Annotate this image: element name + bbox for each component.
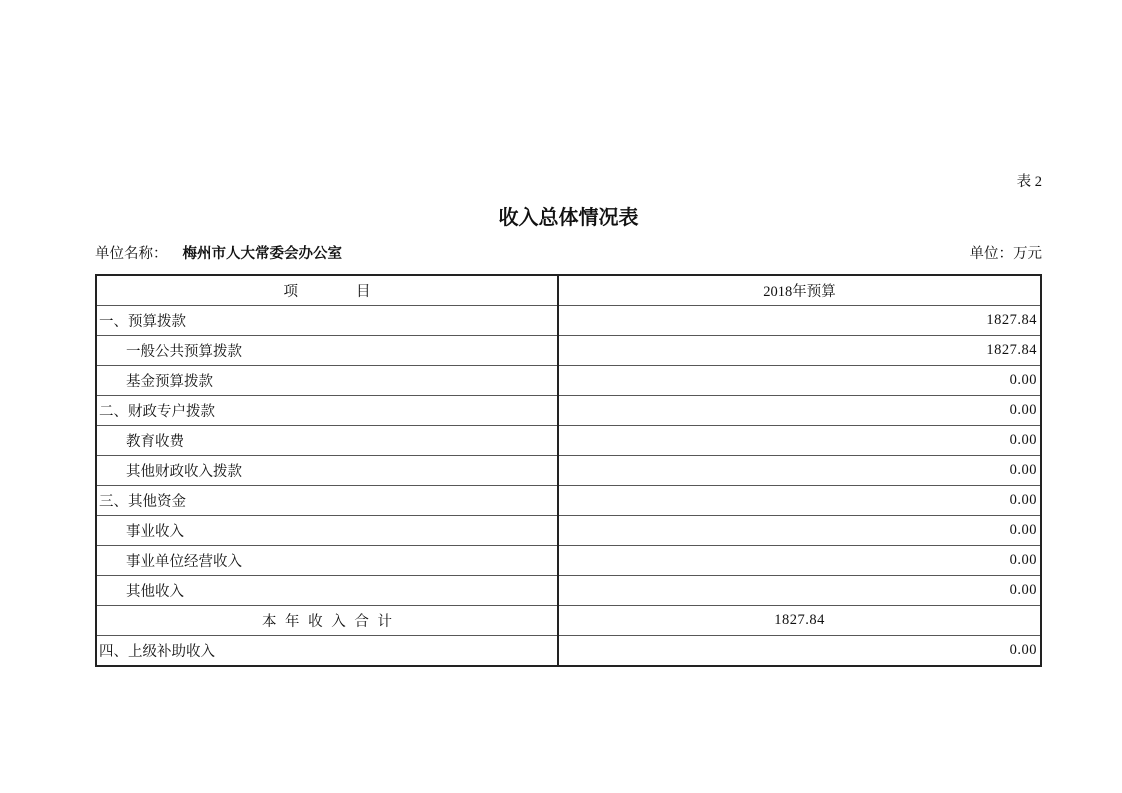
row-item: 三、其他资金 (96, 486, 558, 516)
row-item: 本 年 收 入 合 计 (96, 606, 558, 636)
table-row: 事业收入 0.00 (96, 516, 1041, 546)
row-value: 1827.84 (558, 606, 1041, 636)
row-item: 一、预算拨款 (96, 306, 558, 336)
row-value: 0.00 (558, 396, 1041, 426)
unit-name-value: 梅州市人大常委会办公室 (183, 246, 343, 262)
table-number-label: 表 2 (95, 172, 1042, 192)
table-body: 一、预算拨款 1827.84 一般公共预算拨款 1827.84 基金预算拨款 0… (96, 306, 1041, 667)
table-row: 基金预算拨款 0.00 (96, 366, 1041, 396)
row-value: 0.00 (558, 426, 1041, 456)
table-row: 三、其他资金 0.00 (96, 486, 1041, 516)
table-row: 一、预算拨款 1827.84 (96, 306, 1041, 336)
table-row: 一般公共预算拨款 1827.84 (96, 336, 1041, 366)
row-value: 1827.84 (558, 336, 1041, 366)
unit-name-label: 单位名称： (95, 246, 168, 262)
row-item: 其他收入 (96, 576, 558, 606)
table-row: 其他财政收入拨款 0.00 (96, 456, 1041, 486)
header-row: 项 目 2018年预算 (96, 275, 1041, 306)
row-item: 事业收入 (96, 516, 558, 546)
column-header-item: 项 目 (96, 275, 558, 306)
unit-name: 单位名称：梅州市人大常委会办公室 (95, 244, 342, 264)
income-table: 项 目 2018年预算 一、预算拨款 1827.84 一般公共预算拨款 1827… (95, 274, 1042, 667)
table-row: 其他收入 0.00 (96, 576, 1041, 606)
row-value: 0.00 (558, 636, 1041, 667)
document-page: 表 2 收入总体情况表 单位名称：梅州市人大常委会办公室 单位：万元 项 目 2… (95, 0, 1042, 667)
row-item: 基金预算拨款 (96, 366, 558, 396)
table-row: 二、财政专户拨款 0.00 (96, 396, 1041, 426)
table-header: 项 目 2018年预算 (96, 275, 1041, 306)
page-title: 收入总体情况表 (95, 205, 1042, 231)
table-row-total: 本 年 收 入 合 计 1827.84 (96, 606, 1041, 636)
table-row: 教育收费 0.00 (96, 426, 1041, 456)
table-row: 四、上级补助收入 0.00 (96, 636, 1041, 667)
meta-row: 单位名称：梅州市人大常委会办公室 单位：万元 (95, 244, 1042, 264)
row-item: 教育收费 (96, 426, 558, 456)
column-header-budget: 2018年预算 (558, 275, 1041, 306)
row-item: 其他财政收入拨款 (96, 456, 558, 486)
row-value: 0.00 (558, 546, 1041, 576)
row-item: 四、上级补助收入 (96, 636, 558, 667)
row-value: 0.00 (558, 366, 1041, 396)
currency-unit-label: 单位：万元 (970, 244, 1043, 264)
table-row: 事业单位经营收入 0.00 (96, 546, 1041, 576)
row-item: 事业单位经营收入 (96, 546, 558, 576)
row-value: 1827.84 (558, 306, 1041, 336)
row-item: 二、财政专户拨款 (96, 396, 558, 426)
row-value: 0.00 (558, 516, 1041, 546)
row-item: 一般公共预算拨款 (96, 336, 558, 366)
row-value: 0.00 (558, 576, 1041, 606)
row-value: 0.00 (558, 456, 1041, 486)
row-value: 0.00 (558, 486, 1041, 516)
